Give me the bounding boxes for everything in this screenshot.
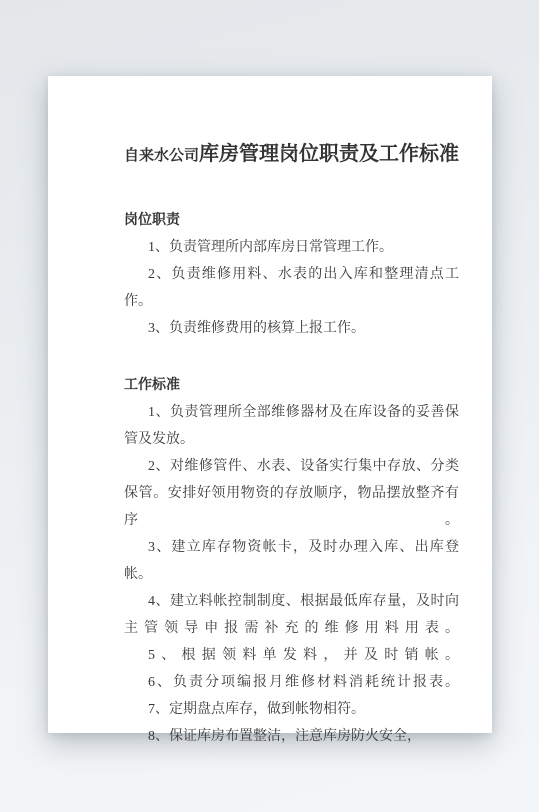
document-page: 自来水公司库房管理岗位职责及工作标准 岗位职责 1、负责管理所内部库房日常管理工… bbox=[48, 76, 492, 733]
standards-item-1: 1、负责管理所全部维修器材及在库设备的妥善保管及发放。 bbox=[124, 399, 459, 453]
document-title: 自来水公司库房管理岗位职责及工作标准 bbox=[124, 134, 459, 171]
standards-item-8: 8、保证库房布置整洁，注意库房防火安全， bbox=[124, 723, 459, 750]
standards-item-7: 7、定期盘点库存，做到帐物相符。 bbox=[124, 696, 459, 723]
duties-item-3: 3、负责维修费用的核算上报工作。 bbox=[124, 315, 459, 342]
duties-item-2: 2、负责维修用料、水表的出入库和整理清点工作。 bbox=[124, 261, 459, 315]
section-heading-duties: 岗位职责 bbox=[124, 207, 459, 234]
document-title-main: 库房管理岗位职责及工作标准 bbox=[199, 143, 459, 165]
document-title-prefix: 自来水公司 bbox=[124, 148, 199, 164]
standards-item-6: 6、负责分项编报月维修材料消耗统计报表。 bbox=[124, 669, 459, 696]
standards-item-3: 3、建立库存物资帐卡，及时办理入库、出库登帐。 bbox=[124, 534, 459, 588]
section-heading-standards: 工作标准 bbox=[124, 372, 459, 399]
standards-item-5: 5、根据领料单发料，并及时销帐。 bbox=[124, 642, 459, 669]
standards-item-2: 2、对维修管件、水表、设备实行集中存放、分类保管。安排好领用物资的存放顺序，物品… bbox=[124, 453, 459, 534]
duties-item-1: 1、负责管理所内部库房日常管理工作。 bbox=[124, 234, 459, 261]
standards-item-4: 4、建立料帐控制制度、根据最低库存量，及时向主管领导申报需补充的维修用料用表。 bbox=[124, 588, 459, 642]
desktop-background: 自来水公司库房管理岗位职责及工作标准 岗位职责 1、负责管理所内部库房日常管理工… bbox=[0, 0, 539, 812]
